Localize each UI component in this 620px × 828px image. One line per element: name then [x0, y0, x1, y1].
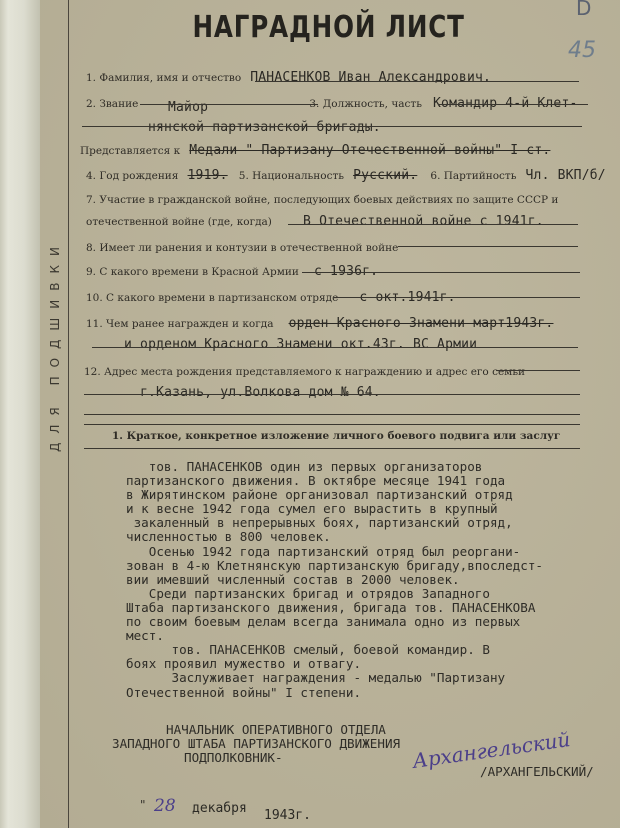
- margin-label: ДЛЯ ПОДШИВКИ: [46, 225, 64, 465]
- field-value: орден Красного Знамени март1943г.: [289, 316, 554, 331]
- date-day: 28: [154, 796, 176, 816]
- field-value: Русский.: [353, 168, 417, 183]
- narrative-text: тов. ПАНАСЕНКОВ один из первых организат…: [126, 460, 606, 700]
- underline: [84, 448, 580, 449]
- field-label: 1. Фамилия, имя и отчество: [86, 72, 241, 84]
- field-rank-position: 2. Звание 3. Должность, часть Командир 4…: [86, 92, 584, 110]
- underline: [82, 126, 582, 127]
- rank-value: Майор: [168, 100, 208, 115]
- field-award: Представляется к Медали " Партизану Отеч…: [80, 139, 584, 157]
- field-value: 1919.: [188, 168, 228, 183]
- corner-note: 45: [568, 38, 596, 63]
- field-label: 2. Звание: [86, 98, 138, 110]
- signatory-name: /АРХАНГЕЛЬСКИЙ/: [480, 764, 594, 779]
- field-value: ПАНАСЕНКОВ Иван Александрович.: [250, 70, 491, 85]
- field-value: Медали " Партизану Отечественной войны" …: [189, 143, 550, 158]
- signature-title-line: ЗАПАДНОГО ШТАБА ПАРТИЗАНСКОГО ДВИЖЕНИЯ: [112, 736, 400, 751]
- date-quote: ": [140, 798, 146, 812]
- field-previous-awards-cont: и орденом Красного Знамени окт.43г. ВС А…: [124, 333, 584, 351]
- field-birth-nation-party: 4. Год рождения 1919. 5. Национальность …: [86, 164, 584, 182]
- field-label: Представляется к: [80, 145, 180, 157]
- underline: [140, 104, 318, 105]
- field-previous-awards: 11. Чем ранее награжден и когда орден Кр…: [86, 312, 584, 330]
- underline: [398, 246, 578, 247]
- underline: [84, 414, 580, 415]
- field-war-participation-cont: отечественной войне (где, когда) В Отече…: [86, 210, 584, 228]
- field-label: 6. Партийность: [430, 170, 516, 182]
- margin-label-text: ДЛЯ ПОДШИВКИ: [48, 238, 62, 452]
- section-heading: 1. Краткое, конкретное изложение личного…: [112, 430, 560, 442]
- corner-note: D: [576, 0, 591, 20]
- underline: [255, 81, 579, 82]
- field-partisan-since: 10. С какого времени в партизанском отря…: [86, 286, 584, 304]
- field-label: 5. Национальность: [239, 170, 344, 182]
- field-value: и орденом Красного Знамени окт.43г. ВС А…: [124, 337, 477, 352]
- field-label: 12. Адрес места рождения представляемого…: [84, 366, 525, 378]
- field-label: 8. Имеет ли ранения и контузии в отечест…: [86, 242, 398, 254]
- signature-title-line: ПОДПОЛКОВНИК-: [184, 750, 283, 765]
- document-title: НАГРАДНОЙ ЛИСТ: [58, 10, 566, 45]
- field-label: 3. Должность, часть: [309, 98, 422, 110]
- field-label: 11. Чем ранее награжден и когда: [86, 318, 273, 330]
- field-label: 9. С какого времени в Красной Армии: [86, 266, 299, 278]
- field-position-cont: нянской партизанской бригады.: [148, 116, 584, 134]
- field-address: 12. Адрес места рождения представляемого…: [84, 360, 584, 378]
- underline: [92, 347, 578, 348]
- underline: [302, 272, 580, 273]
- field-label: отечественной войне (где, когда): [86, 216, 272, 228]
- field-address-value: г.Казань, ул.Волкова дом № 64.: [140, 381, 584, 399]
- underline: [288, 224, 578, 225]
- underline: [84, 394, 580, 395]
- field-wounds: 8. Имеет ли ранения и контузии в отечест…: [86, 236, 584, 254]
- field-label: 7. Участие в гражданской войне, последую…: [86, 194, 558, 206]
- underline: [438, 104, 588, 105]
- date-year: 1943г.: [264, 808, 311, 823]
- field-label: 4. Год рождения: [86, 170, 178, 182]
- underline: [84, 424, 580, 425]
- field-war-participation: 7. Участие в гражданской войне, последую…: [86, 188, 584, 206]
- underline: [496, 370, 580, 371]
- field-value: Чл. ВКП/б/: [526, 168, 606, 183]
- signature-title-line: НАЧАЛЬНИК ОПЕРАТИВНОГО ОТДЕЛА: [166, 722, 386, 737]
- underline: [334, 297, 580, 298]
- field-label: 10. С какого времени в партизанском отря…: [86, 292, 338, 304]
- field-value: В Отечественной войне с 1941г.: [303, 214, 544, 229]
- binder-edge: [0, 0, 40, 828]
- field-value: нянской партизанской бригады.: [148, 120, 381, 135]
- field-value: г.Казань, ул.Волкова дом № 64.: [140, 385, 381, 400]
- date-month: декабря: [192, 801, 247, 816]
- field-army-since: 9. С какого времени в Красной Армии с 19…: [86, 260, 584, 278]
- margin-line: [68, 0, 69, 828]
